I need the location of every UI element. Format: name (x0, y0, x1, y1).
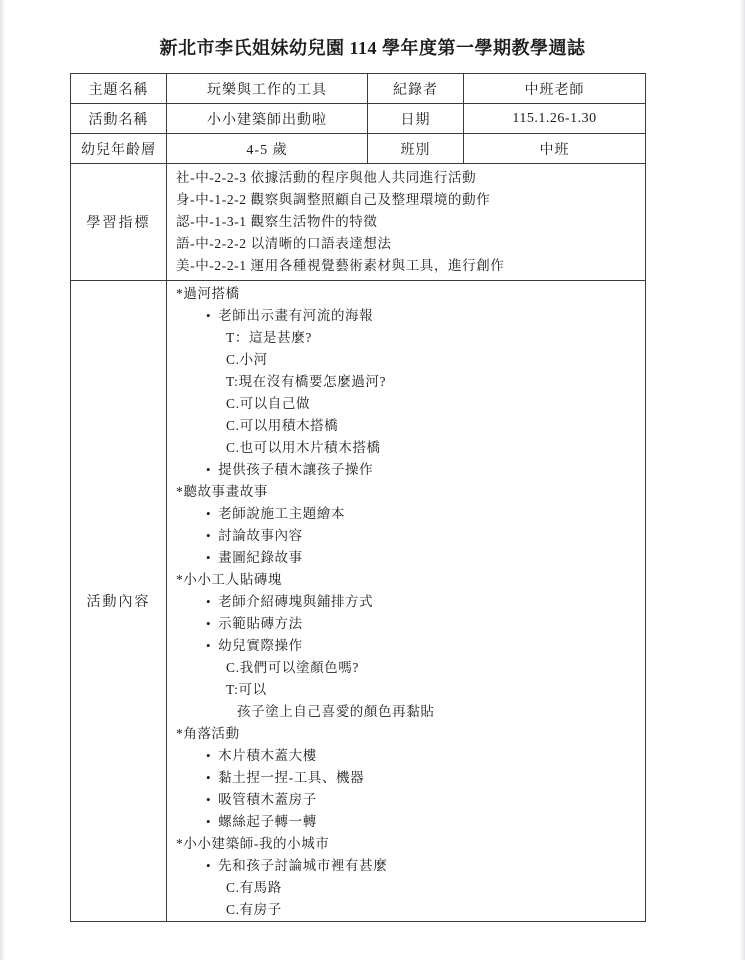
activity-line-text: 吸管積木蓋房子 (218, 792, 317, 807)
journal-table: 主題名稱 玩樂與工作的工具 紀錄者 中班老師 活動名稱 小小建築師出動啦 日期 … (70, 73, 646, 922)
activity-line-text: *角落活動 (176, 726, 240, 741)
activity-line: *小小建築師-我的小城市 (175, 833, 639, 855)
table-row: 主題名稱 玩樂與工作的工具 紀錄者 中班老師 (71, 74, 646, 104)
activity-line-text: 黏土捏一捏-工具、機器 (218, 770, 364, 785)
indicator-line: 認-中-1-3-1 觀察生活物件的特徵 (175, 211, 639, 233)
bullet-icon: • (206, 613, 211, 635)
bullet-icon: • (206, 547, 211, 569)
activity-line-text: *小小工人貼磚塊 (176, 572, 282, 587)
bullet-icon: • (206, 789, 211, 811)
topic-name-label: 主題名稱 (71, 74, 167, 104)
activity-line-text: C.我們可以塗顏色嗎? (226, 660, 359, 675)
activity-line: C.可以用積木搭橋 (175, 415, 639, 437)
activity-line-text: T:可以 (226, 682, 267, 697)
activity-name-label: 活動名稱 (71, 104, 167, 134)
page-edge-right (740, 0, 745, 960)
bullet-icon: • (206, 767, 211, 789)
activity-line-text: C.小河 (226, 352, 268, 367)
date-label: 日期 (368, 104, 464, 134)
activity-line: •螺絲起子轉一轉 (175, 811, 639, 833)
activity-line: C.可以自己做 (175, 393, 639, 415)
activity-line-text: 老師介紹磚塊與鋪排方式 (218, 594, 373, 609)
bullet-icon: • (206, 503, 211, 525)
activity-line: C.有房子 (175, 899, 639, 921)
indicator-line-text: 身-中-1-2-2 觀察與調整照顧自己及整理環境的動作 (176, 192, 490, 207)
activity-line-text: 畫圖紀錄故事 (218, 550, 303, 565)
activity-line-text: C.可以用積木搭橋 (226, 418, 338, 433)
activity-line-text: 示範貼磚方法 (218, 616, 303, 631)
activity-line-text: 先和孩子討論城市裡有甚麼 (218, 858, 387, 873)
activity-line-text: *過河搭橋 (176, 286, 240, 301)
activity-line: *過河搭橋 (175, 283, 639, 305)
indicator-line-text: 語-中-2-2-2 以清晰的口語表達想法 (176, 236, 392, 251)
bullet-icon: • (206, 459, 211, 481)
indicators-content: 社-中-2-2-3 依據活動的程序與他人共同進行活動身-中-1-2-2 觀察與調… (167, 164, 646, 281)
activity-line-text: 討論故事內容 (218, 528, 303, 543)
activities-label: 活動內容 (71, 281, 167, 922)
activity-line-text: 老師說施工主題繪本 (218, 506, 345, 521)
activity-line-text: C.有房子 (226, 902, 282, 917)
activity-line-text: *小小建築師-我的小城市 (176, 836, 329, 851)
activity-line: •先和孩子討論城市裡有甚麼 (175, 855, 639, 877)
indicator-line-text: 認-中-1-3-1 觀察生活物件的特徵 (176, 214, 378, 229)
activity-line: •老師出示畫有河流的海報 (175, 305, 639, 327)
activity-line: C.小河 (175, 349, 639, 371)
activity-line: T:現在沒有橋要怎麼過河? (175, 371, 639, 393)
class-value: 中班 (464, 134, 646, 164)
table-row: 活動名稱 小小建築師出動啦 日期 115.1.26-1.30 (71, 104, 646, 134)
activity-line-text: C.也可以用木片積木搭橋 (226, 440, 381, 455)
activity-line-text: C.可以自己做 (226, 396, 310, 411)
recorder-label: 紀錄者 (368, 74, 464, 104)
activity-name-value: 小小建築師出動啦 (167, 104, 368, 134)
recorder-value: 中班老師 (464, 74, 646, 104)
activity-line: 孩子塗上自己喜愛的顏色再黏貼 (175, 701, 639, 723)
class-label: 班別 (368, 134, 464, 164)
activities-content: *過河搭橋•老師出示畫有河流的海報T：這是甚麼?C.小河T:現在沒有橋要怎麼過河… (167, 281, 646, 922)
activity-line: C.有馬路 (175, 877, 639, 899)
bullet-icon: • (206, 591, 211, 613)
activity-line: T:可以 (175, 679, 639, 701)
activity-line-text: 螺絲起子轉一轉 (218, 814, 317, 829)
topic-name-value: 玩樂與工作的工具 (167, 74, 368, 104)
indicators-label: 學習指標 (71, 164, 167, 281)
activity-line: C.也可以用木片積木搭橋 (175, 437, 639, 459)
activity-line: C.我們可以塗顏色嗎? (175, 657, 639, 679)
indicator-line: 社-中-2-2-3 依據活動的程序與他人共同進行活動 (175, 167, 639, 189)
activity-line-text: 孩子塗上自己喜愛的顏色再黏貼 (237, 704, 434, 719)
activity-line: *聽故事畫故事 (175, 481, 639, 503)
activity-line: •示範貼磚方法 (175, 613, 639, 635)
table-row: 學習指標 社-中-2-2-3 依據活動的程序與他人共同進行活動身-中-1-2-2… (71, 164, 646, 281)
activity-line-text: T：這是甚麼? (226, 330, 312, 345)
activity-line: •黏土捏一捏-工具、機器 (175, 767, 639, 789)
indicator-line-text: 美-中-2-2-1 運用各種視覺藝術素材與工具，進行創作 (176, 258, 504, 273)
activity-line: •提供孩子積木讓孩子操作 (175, 459, 639, 481)
age-group-value: 4-5 歲 (167, 134, 368, 164)
date-value: 115.1.26-1.30 (464, 104, 646, 134)
activity-line-text: 老師出示畫有河流的海報 (218, 308, 373, 323)
activity-line: *小小工人貼磚塊 (175, 569, 639, 591)
activity-line: •木片積木蓋大樓 (175, 745, 639, 767)
bullet-icon: • (206, 525, 211, 547)
indicator-line: 美-中-2-2-1 運用各種視覺藝術素材與工具，進行創作 (175, 255, 639, 277)
bullet-icon: • (206, 635, 211, 657)
activity-line: T：這是甚麼? (175, 327, 639, 349)
activity-line-text: 幼兒實際操作 (218, 638, 303, 653)
table-row: 活動內容 *過河搭橋•老師出示畫有河流的海報T：這是甚麼?C.小河T:現在沒有橋… (71, 281, 646, 922)
activity-line: •老師介紹磚塊與鋪排方式 (175, 591, 639, 613)
indicator-line: 語-中-2-2-2 以清晰的口語表達想法 (175, 233, 639, 255)
activity-line: •幼兒實際操作 (175, 635, 639, 657)
bullet-icon: • (206, 855, 211, 877)
activity-line: •討論故事內容 (175, 525, 639, 547)
activity-line-text: *聽故事畫故事 (176, 484, 268, 499)
activity-line: •老師說施工主題繪本 (175, 503, 639, 525)
table-row: 幼兒年齡層 4-5 歲 班別 中班 (71, 134, 646, 164)
age-group-label: 幼兒年齡層 (71, 134, 167, 164)
bullet-icon: • (206, 811, 211, 833)
activity-line-text: T:現在沒有橋要怎麼過河? (226, 374, 386, 389)
page-edge-left (0, 0, 5, 960)
bullet-icon: • (206, 305, 211, 327)
indicator-line-text: 社-中-2-2-3 依據活動的程序與他人共同進行活動 (176, 170, 476, 185)
activity-line-text: C.有馬路 (226, 880, 282, 895)
activity-line: •吸管積木蓋房子 (175, 789, 639, 811)
activity-line: *角落活動 (175, 723, 639, 745)
activity-line-text: 木片積木蓋大樓 (218, 748, 317, 763)
activity-line-text: 提供孩子積木讓孩子操作 (218, 462, 373, 477)
indicator-line: 身-中-1-2-2 觀察與調整照顧自己及整理環境的動作 (175, 189, 639, 211)
page-title: 新北市李氏姐妹幼兒園 114 學年度第一學期教學週誌 (0, 34, 745, 60)
activity-line: •畫圖紀錄故事 (175, 547, 639, 569)
bullet-icon: • (206, 745, 211, 767)
